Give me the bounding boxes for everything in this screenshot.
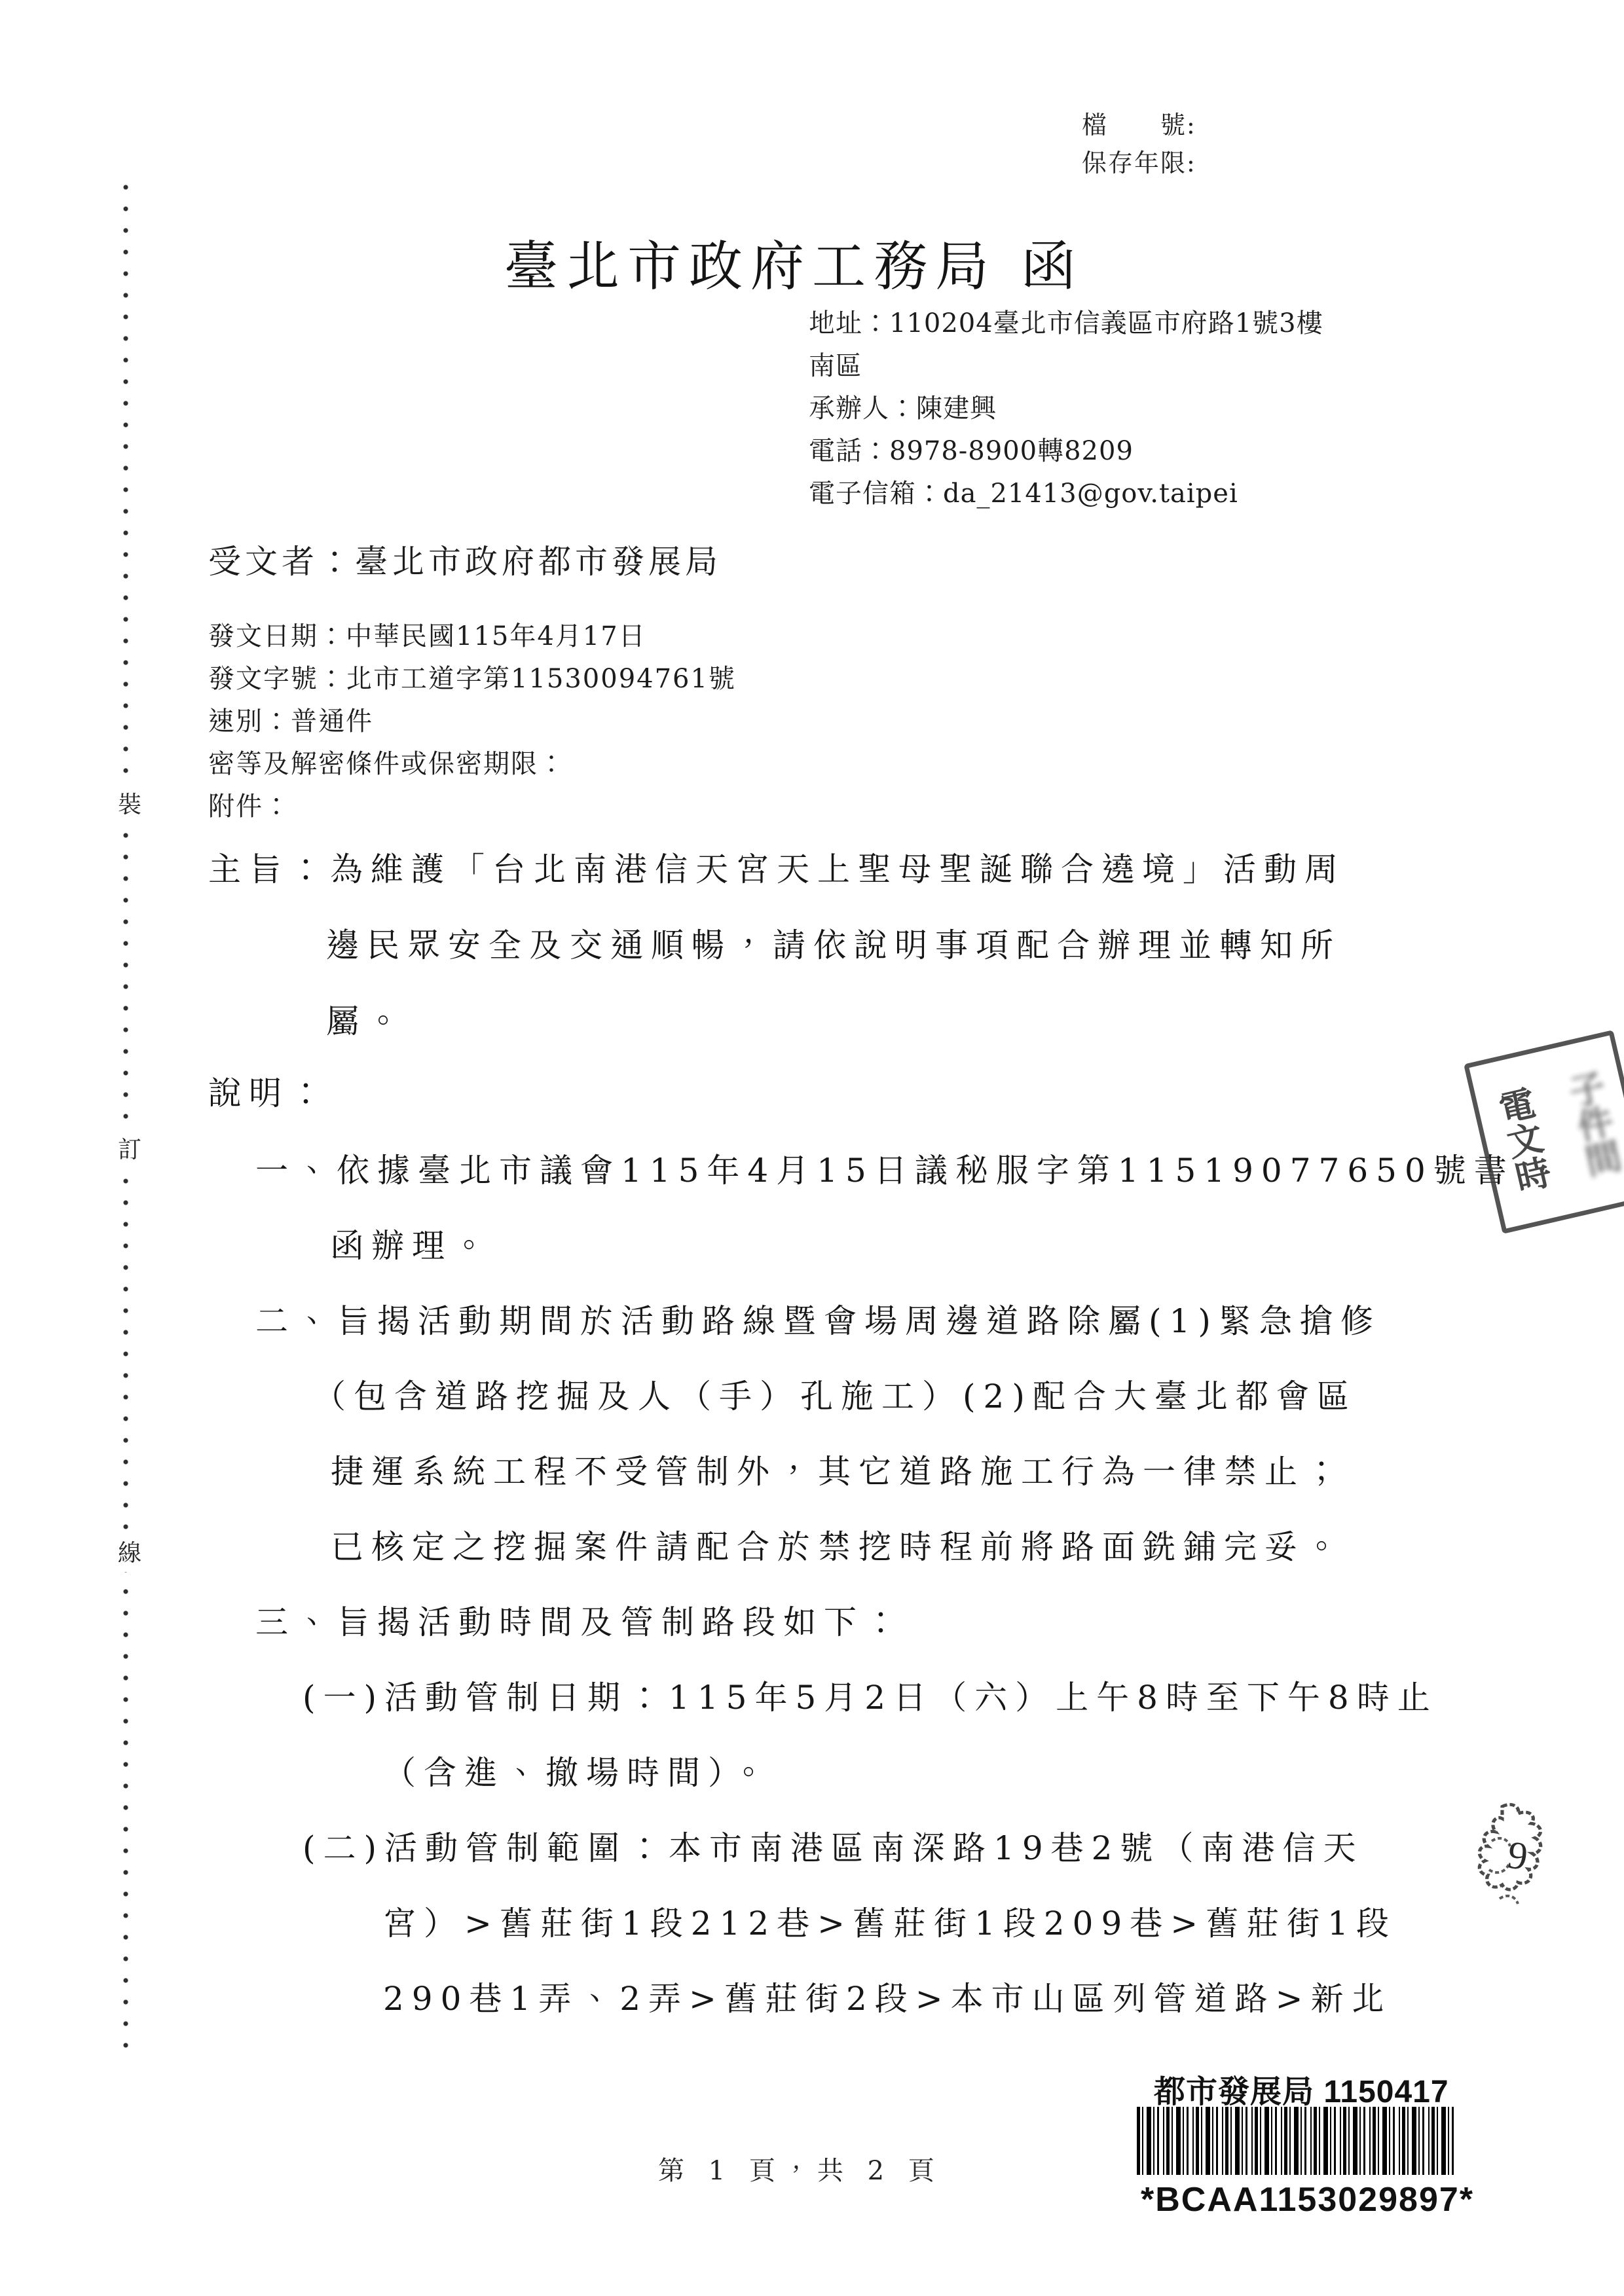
document-barcode	[1137, 2107, 1454, 2175]
barcode-text: *BCAA1153029897*	[1141, 2180, 1474, 2219]
explanation-item-2-cont-2: 捷運系統工程不受管制外，其它道路施工行為一律禁止；	[331, 1446, 1346, 1486]
explanation-item-3-2-cont-2: 290巷1弄、2弄>舊莊街2段>本市山區列管道路>新北	[383, 1973, 1392, 2013]
binding-mark-zhuang: 裝	[115, 782, 144, 824]
electronic-exchange-stamp: 電文時 子件間	[1464, 1030, 1624, 1234]
flower-seal-stamp: 9	[1471, 1791, 1548, 1950]
receiving-dept-stamp: 都市發展局 1150417	[1154, 2066, 1449, 2111]
explanation-item-3: 三、旨揭活動時間及管制路段如下：	[255, 1596, 905, 1637]
dispatch-meta-block: 發文日期：中華民國115年4月17日 發文字號：北市工道字第1153009476…	[208, 615, 736, 828]
subject-line-3: 屬。	[326, 995, 407, 1036]
explanation-item-3-2: (二)活動管制範圍：本市南港區南深路19巷2號（南港信天	[303, 1822, 1363, 1863]
page-number-info: 第 1 頁，共 2 頁	[658, 2150, 942, 2187]
explanation-item-1: 一、依據臺北市議會115年4月15日議秘服字第11519077650號書	[255, 1144, 1515, 1185]
binding-dotted-line	[123, 183, 128, 2056]
explanation-label: 說明：	[208, 1067, 330, 1108]
explanation-item-2-cont-1: （包含道路挖掘及人（手）孔施工）(2)配合大臺北都會區	[313, 1370, 1357, 1411]
binding-mark-ding: 訂	[115, 1127, 144, 1169]
recipient-line: 受文者：臺北市政府都市發展局	[208, 536, 722, 583]
dispatch-date: 發文日期：中華民國115年4月17日	[208, 615, 736, 658]
document-title: 臺北市政府工務局 函	[504, 224, 1083, 301]
exchange-stamp-legible-column: 電文時	[1490, 1084, 1555, 1196]
sender-email: 電子信箱：da_21413@gov.taipei	[809, 473, 1323, 515]
retention-period-label: 保存年限:	[1082, 143, 1196, 179]
subject-line-2: 邊民眾安全及交通順暢，請依說明事項配合辦理並轉知所	[326, 919, 1341, 960]
explanation-item-1-cont: 函辦理。	[331, 1220, 493, 1260]
exchange-stamp-smudged-column: 子件間	[1560, 1068, 1624, 1180]
explanation-item-2-cont-3: 已核定之挖掘案件請配合於禁挖時程前將路面銑鋪完妥。	[331, 1521, 1346, 1561]
subject-line-1: 主旨：為維護「台北南港信天宮天上聖母聖誕聯合遶境」活動周	[208, 843, 1345, 884]
sender-contact-person: 承辦人：陳建興	[809, 388, 1323, 430]
seal-digit: 9	[1505, 1833, 1530, 1879]
security-class: 密等及解密條件或保密期限：	[208, 743, 736, 786]
binding-mark-xian: 線	[115, 1531, 144, 1572]
explanation-item-3-1-cont: （含進、撤場時間）。	[383, 1747, 773, 1787]
sender-address: 地址：110204臺北市信義區市府路1號3樓	[809, 302, 1323, 345]
sender-phone: 電話：8978-8900轉8209	[809, 430, 1323, 473]
explanation-item-3-2-cont-1: 宮）>舊莊街1段212巷>舊莊街1段209巷>舊莊街1段	[383, 1897, 1397, 1938]
sender-info-block: 地址：110204臺北市信義區市府路1號3樓 南區 承辦人：陳建興 電話：897…	[809, 302, 1323, 515]
file-number-label: 檔 號:	[1082, 105, 1196, 141]
explanation-item-3-1: (一)活動管制日期：115年5月2日（六）上午8時至下午8時止	[303, 1671, 1438, 1712]
attachment-label: 附件：	[208, 786, 736, 828]
dispatch-number: 發文字號：北市工道字第11530094761號	[208, 658, 736, 701]
sender-address-2: 南區	[809, 345, 1323, 388]
scanned-official-letter: 檔 號: 保存年限: 臺北市政府工務局 函 地址：110204臺北市信義區市府路…	[0, 0, 1624, 2296]
speed-class: 速別：普通件	[208, 701, 736, 743]
flower-seal-outline: 9	[1471, 1791, 1548, 1947]
explanation-item-2: 二、旨揭活動期間於活動路線暨會場周邊道路除屬(1)緊急搶修	[255, 1295, 1381, 1336]
